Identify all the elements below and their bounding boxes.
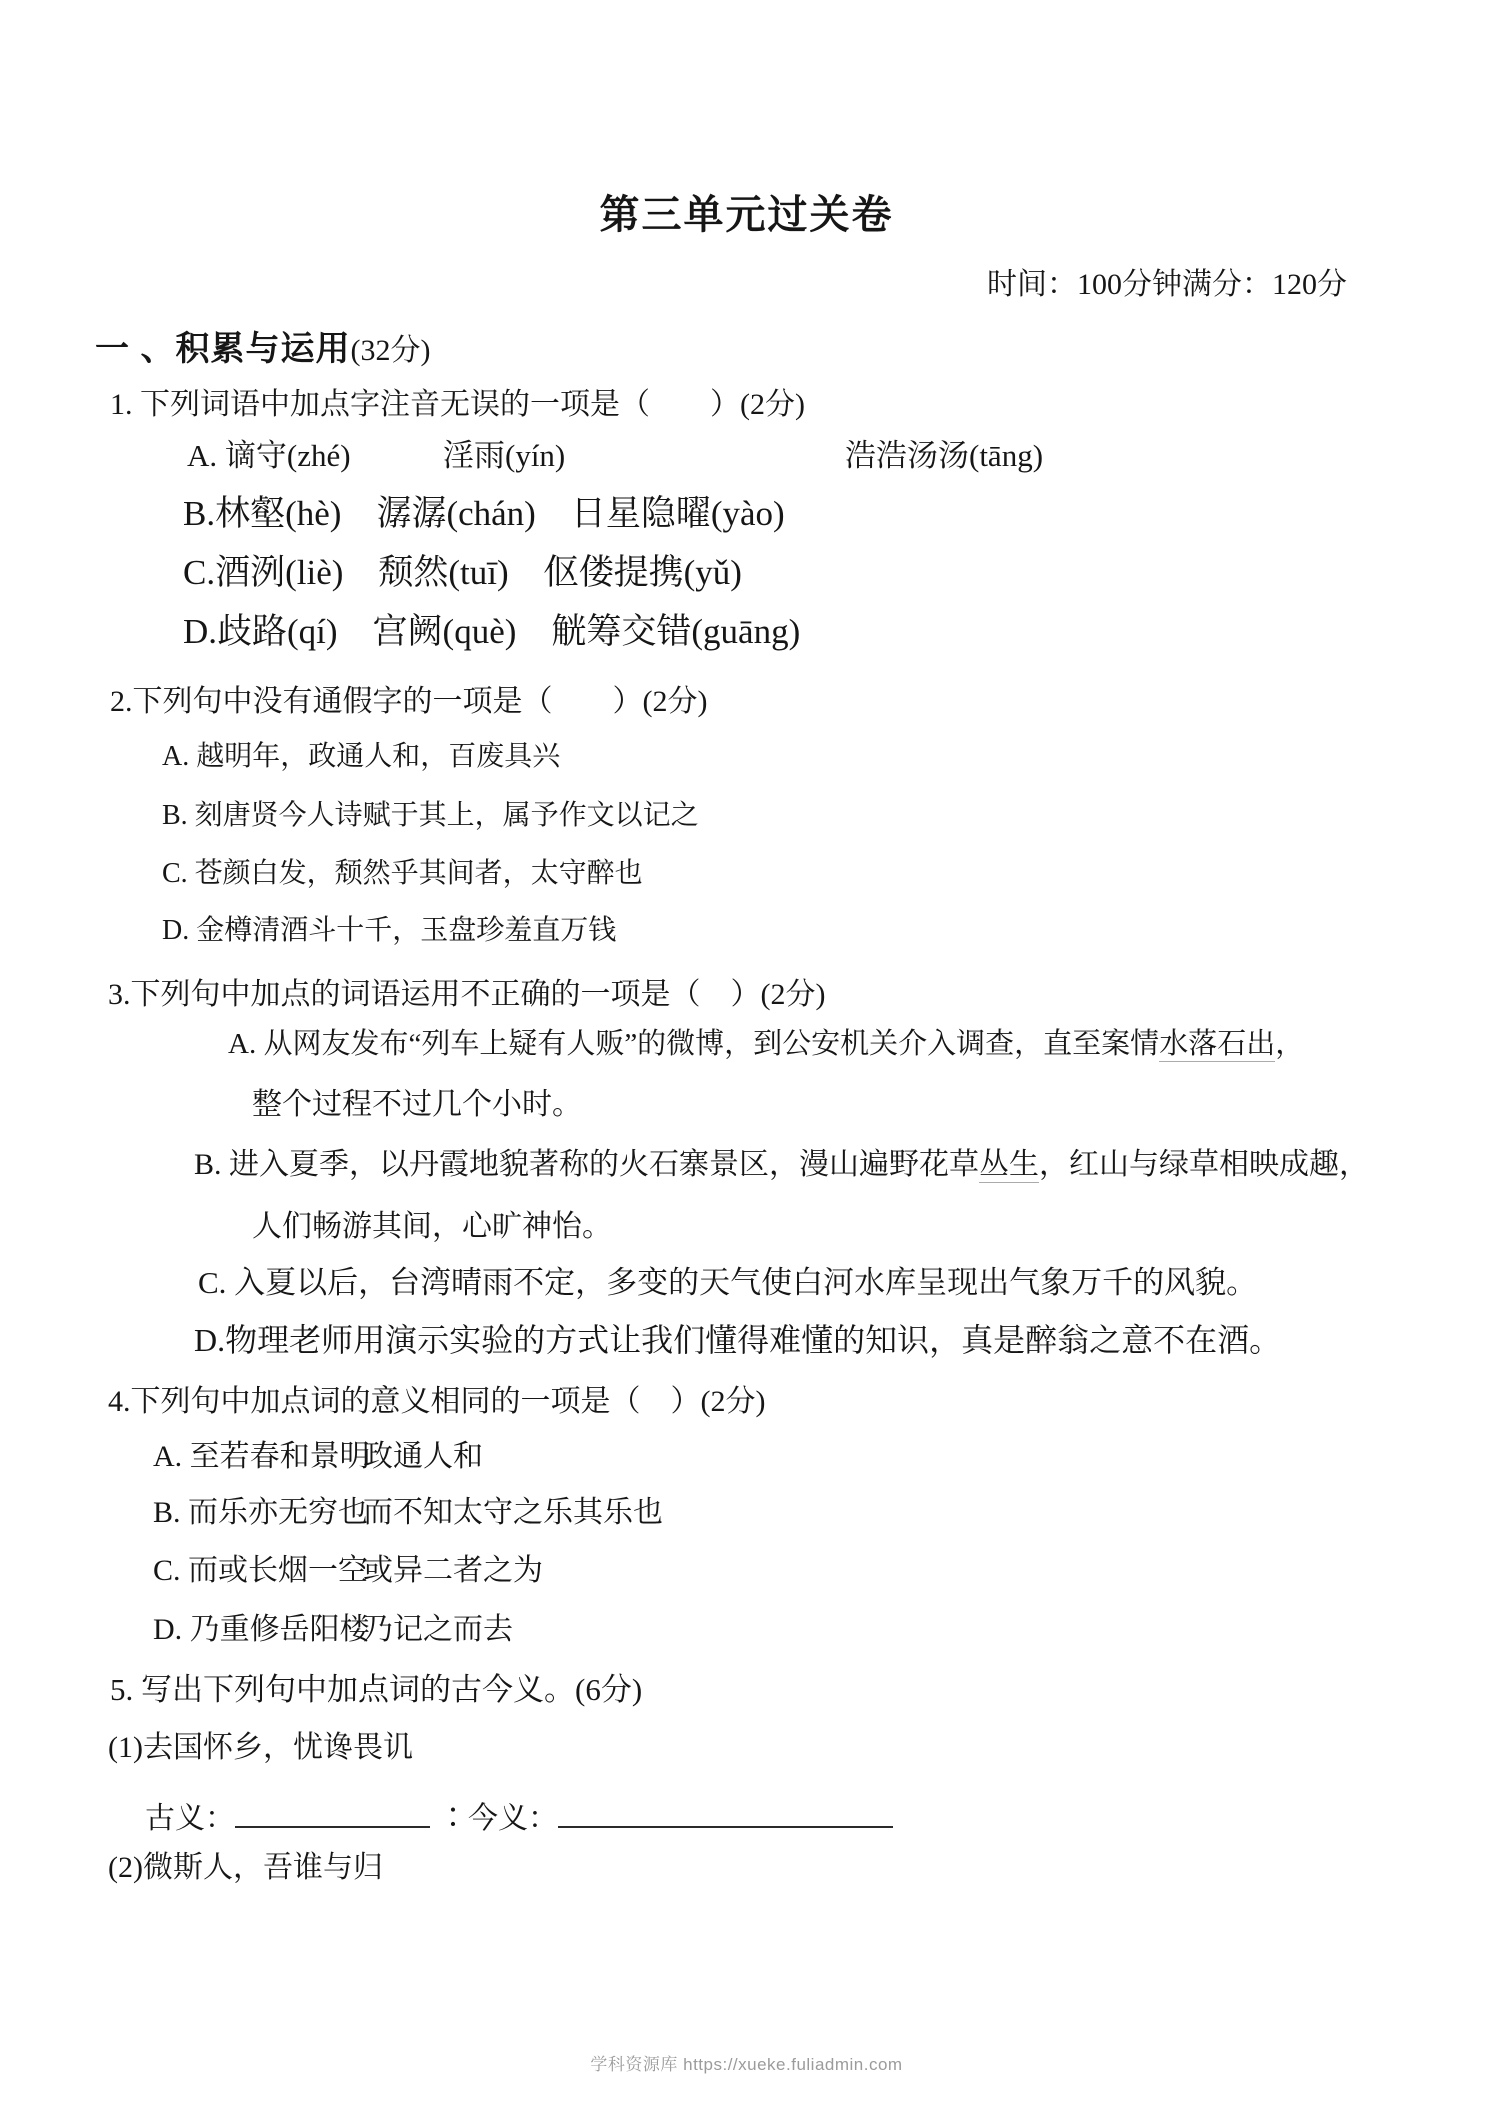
question-2-option-a: A. 越明年，政通人和，百废具兴: [162, 739, 560, 774]
question-5-item-2: (2)微斯人，吾谁与归: [108, 1849, 383, 1887]
exam-paper-page: 第三单元过关卷 时间：100分钟满分：120分 一 、积累与运用(32分) 1.…: [0, 0, 1493, 2112]
exam-time-score-info: 时间：100分钟满分：120分: [987, 266, 1347, 304]
question-3-option-b-line-2: 人们畅游其间，心旷神怡。: [252, 1208, 612, 1246]
q4-option-d-left-phrase: D. 乃重修岳阳楼: [153, 1611, 363, 1649]
question-2-option-d: D. 金樽清酒斗十千，玉盘珍羞直万钱: [162, 913, 616, 948]
question-4-option-a: A. 至若春和景明政通人和: [153, 1438, 483, 1476]
question-1-option-b: B.林壑(hè) 潺潺(chán) 日星隐曜(yào): [183, 492, 785, 536]
q3-option-a-text: A. 从网友发布“列车上疑有人贩”的微博，到公安机关介入调查，直至案情: [228, 1028, 1159, 1060]
question-2-stem: 2.下列句中没有通假字的一项是（ ）(2分): [110, 683, 707, 721]
q4-option-c-right-phrase: 或异二者之为: [363, 1554, 543, 1587]
q4-option-a-right-phrase: 政通人和: [363, 1440, 483, 1473]
question-3-option-d: D.物理老师用演示实验的方式让我们懂得难懂的知识，真是醉翁之意不在酒。: [194, 1320, 1281, 1360]
modern-meaning-label: ∶今义：: [438, 1802, 558, 1835]
ancient-meaning-label: 古义：: [145, 1802, 235, 1835]
question-4-option-c: C. 而或长烟一空或异二者之为: [153, 1552, 543, 1590]
footer-source-watermark: 学科资源库 https://xueke.fuliadmin.com: [0, 2054, 1493, 2075]
q4-option-a-left-phrase: A. 至若春和景明: [153, 1438, 363, 1476]
question-3-option-a-line-2: 整个过程不过几个小时。: [252, 1086, 582, 1124]
q3-option-b-emphasized-word: 丛生: [979, 1148, 1039, 1183]
question-3-stem: 3.下列句中加点的词语运用不正确的一项是（ ）(2分): [108, 976, 825, 1014]
q4-option-c-left-phrase: C. 而或长烟一空: [153, 1552, 363, 1590]
question-1-option-a: A. 谪守(zhé)淫雨(yín)浩浩汤汤(tāng): [187, 437, 1043, 476]
question-2-option-c: C. 苍颜白发，颓然乎其间者，太守醉也: [162, 856, 643, 891]
question-5-answer-line: 古义：∶今义：: [145, 1792, 893, 1838]
q1-option-a-term-2: 淫雨(yín): [443, 437, 845, 476]
q4-option-b-left-phrase: B. 而乐亦无穷也: [153, 1494, 363, 1532]
section-one-title: 一 、积累与运用: [95, 330, 350, 368]
question-1-stem: 1. 下列词语中加点字注音无误的一项是（ ）(2分): [110, 386, 805, 424]
ancient-meaning-blank: [235, 1792, 430, 1828]
question-5-item-1: (1)去国怀乡，忧谗畏讥: [108, 1729, 413, 1767]
q3-option-a-tail: ，: [1275, 1028, 1304, 1060]
modern-meaning-blank: [558, 1792, 893, 1828]
q1-option-a-term-3: 浩浩汤汤(tāng): [845, 438, 1043, 473]
q3-option-b-text: B. 进入夏季，以丹霞地貌著称的火石寨景区，漫山遍野花草: [194, 1148, 979, 1181]
q4-option-d-right-phrase: 乃记之而去: [363, 1613, 513, 1646]
exam-title: 第三单元过关卷: [0, 190, 1493, 240]
q4-option-b-right-phrase: 而不知太守之乐其乐也: [363, 1496, 663, 1529]
question-5-stem: 5. 写出下列句中加点词的古今义。(6分): [110, 1671, 642, 1710]
q1-option-a-term-1: A. 谪守(zhé): [187, 437, 443, 476]
question-3-option-b-line-1: B. 进入夏季，以丹霞地貌著称的火石寨景区，漫山遍野花草丛生，红山与绿草相映成趣…: [194, 1146, 1369, 1184]
question-4-option-b: B. 而乐亦无穷也而不知太守之乐其乐也: [153, 1494, 663, 1532]
question-1-option-d: D.歧路(qí) 宫阙(què) 觥筹交错(guāng): [183, 610, 800, 654]
question-1-option-c: C.酒洌(liè) 颓然(tuī) 伛偻提携(yǔ): [183, 551, 742, 595]
question-3-option-a-line-1: A. 从网友发布“列车上疑有人贩”的微博，到公安机关介入调查，直至案情水落石出，: [228, 1026, 1304, 1062]
question-2-option-b: B. 刻唐贤今人诗赋于其上，属予作文以记之: [162, 798, 699, 833]
question-4-option-d: D. 乃重修岳阳楼乃记之而去: [153, 1611, 513, 1649]
q3-option-b-tail: ，红山与绿草相映成趣，: [1039, 1148, 1369, 1181]
question-4-stem: 4.下列句中加点词的意义相同的一项是（ ）(2分): [108, 1383, 765, 1421]
question-3-option-c: C. 入夏以后，台湾晴雨不定，多变的天气使白河水库呈现出气象万千的风貌。: [198, 1264, 1257, 1303]
section-one-points: (32分): [350, 334, 430, 367]
section-one-heading: 一 、积累与运用(32分): [95, 328, 430, 371]
q3-option-a-emphasized-word: 水落石出: [1159, 1028, 1275, 1062]
